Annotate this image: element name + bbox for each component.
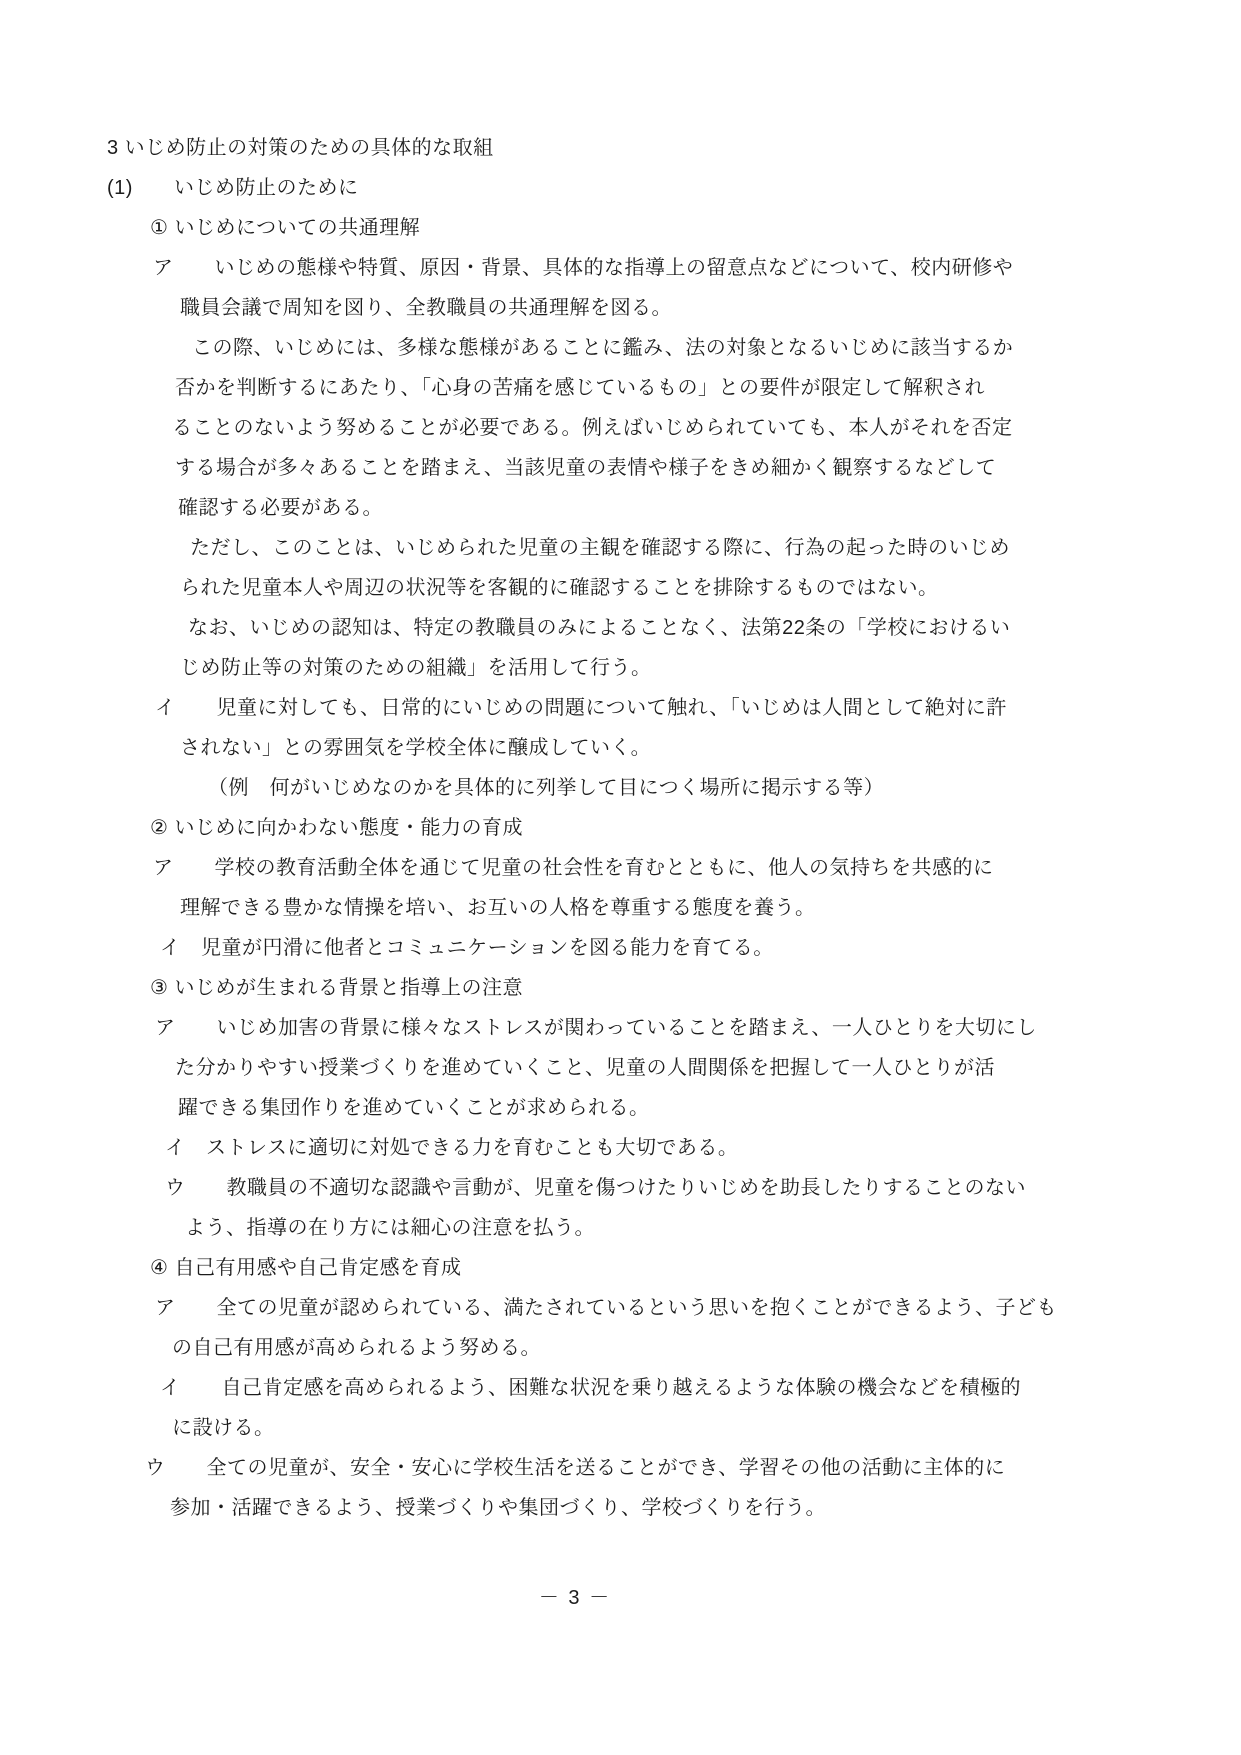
doc-line: ウ 教職員の不適切な認識や言動が、児童を傷つけたりいじめを助長したりすることのな… [165,1168,1241,1208]
doc-line: イ 自己肯定感を高められるよう、困難な状況を乗り越えるような体験の機会などを積極… [160,1368,1241,1408]
section-heading: (1) いじめ防止のために [107,168,1241,208]
doc-line: ただし、このことは、いじめられた児童の主観を確認する際に、行為の起った時のいじめ [190,528,1241,568]
doc-line: ることのないよう努めることが必要である。例えばいじめられていても、本人がそれを否… [172,408,1241,448]
doc-line: イ 児童に対しても、日常的にいじめの問題について触れ、「いじめは人間として絶対に… [155,688,1241,728]
doc-line: する場合が多々あることを踏まえ、当該児童の表情や様子をきめ細かく観察するなどして [175,448,1241,488]
doc-line: （例 何がいじめなのかを具体的に列挙して目につく場所に掲示する等） [208,768,1241,808]
doc-line: られた児童本人や周辺の状況等を客観的に確認することを排除するものではない。 [180,568,1241,608]
doc-line: 否かを判断するにあたり、「心身の苦痛を感じているもの」との要件が限定して解釈され [175,368,1241,408]
doc-line: 理解できる豊かな情操を培い、お互いの人格を尊重する態度を養う。 [180,888,1241,928]
doc-line: じめ防止等の対策のための組織」を活用して行う。 [180,648,1241,688]
doc-line: ② いじめに向かわない態度・能力の育成 [150,808,1241,848]
text-block: 3 いじめ防止の対策のための具体的な取組 (1) いじめ防止のために ① いじめ… [0,128,1241,1528]
page-footer: － 3 － [0,1578,1150,1618]
doc-line: の自己有用感が高められるよう努める。 [172,1328,1241,1368]
doc-line: ③ いじめが生まれる背景と指導上の注意 [150,968,1241,1008]
doc-line: ア いじめの態様や特質、原因・背景、具体的な指導上の留意点などについて、校内研修… [153,248,1241,288]
doc-line: イ ストレスに適切に対処できる力を育むことも大切である。 [165,1128,1241,1168]
main-heading: 3 いじめ防止の対策のための具体的な取組 [107,128,1241,168]
doc-line: されない」との雰囲気を学校全体に醸成していく。 [180,728,1241,768]
doc-line: に設ける。 [172,1408,1241,1448]
doc-line: 参加・活躍できるよう、授業づくりや集団づくり、学校づくりを行う。 [170,1488,1241,1528]
doc-line: ア 全ての児童が認められている、満たされているという思いを抱くことができるよう、… [155,1288,1241,1328]
doc-line: ウ 全ての児童が、安全・安心に学校生活を送ることができ、学習その他の活動に主体的… [145,1448,1241,1488]
doc-line: 躍できる集団作りを進めていくことが求められる。 [178,1088,1241,1128]
doc-line: この際、いじめには、多様な態様があることに鑑み、法の対象となるいじめに該当するか [192,328,1241,368]
doc-line: 確認する必要がある。 [178,488,1241,528]
doc-line: た分かりやすい授業づくりを進めていくこと、児童の人間関係を把握して一人ひとりが活 [175,1048,1241,1088]
doc-line: ① いじめについての共通理解 [150,208,1241,248]
doc-line: ア いじめ加害の背景に様々なストレスが関わっていることを踏まえ、一人ひとりを大切… [155,1008,1241,1048]
doc-line: 職員会議で周知を図り、全教職員の共通理解を図る。 [180,288,1241,328]
doc-line: ④ 自己有用感や自己肯定感を育成 [150,1248,1241,1288]
doc-line: イ 児童が円滑に他者とコミュニケーションを図る能力を育てる。 [160,928,1241,968]
doc-line: よう、指導の在り方には細心の注意を払う。 [185,1208,1241,1248]
doc-line: なお、いじめの認知は、特定の教職員のみによることなく、法第22条の「学校における… [188,608,1241,648]
doc-line: ア 学校の教育活動全体を通じて児童の社会性を育むとともに、他人の気持ちを共感的に [153,848,1241,888]
document-page: 3 いじめ防止の対策のための具体的な取組 (1) いじめ防止のために ① いじめ… [0,0,1241,1755]
page-number: － 3 － [539,1587,611,1609]
